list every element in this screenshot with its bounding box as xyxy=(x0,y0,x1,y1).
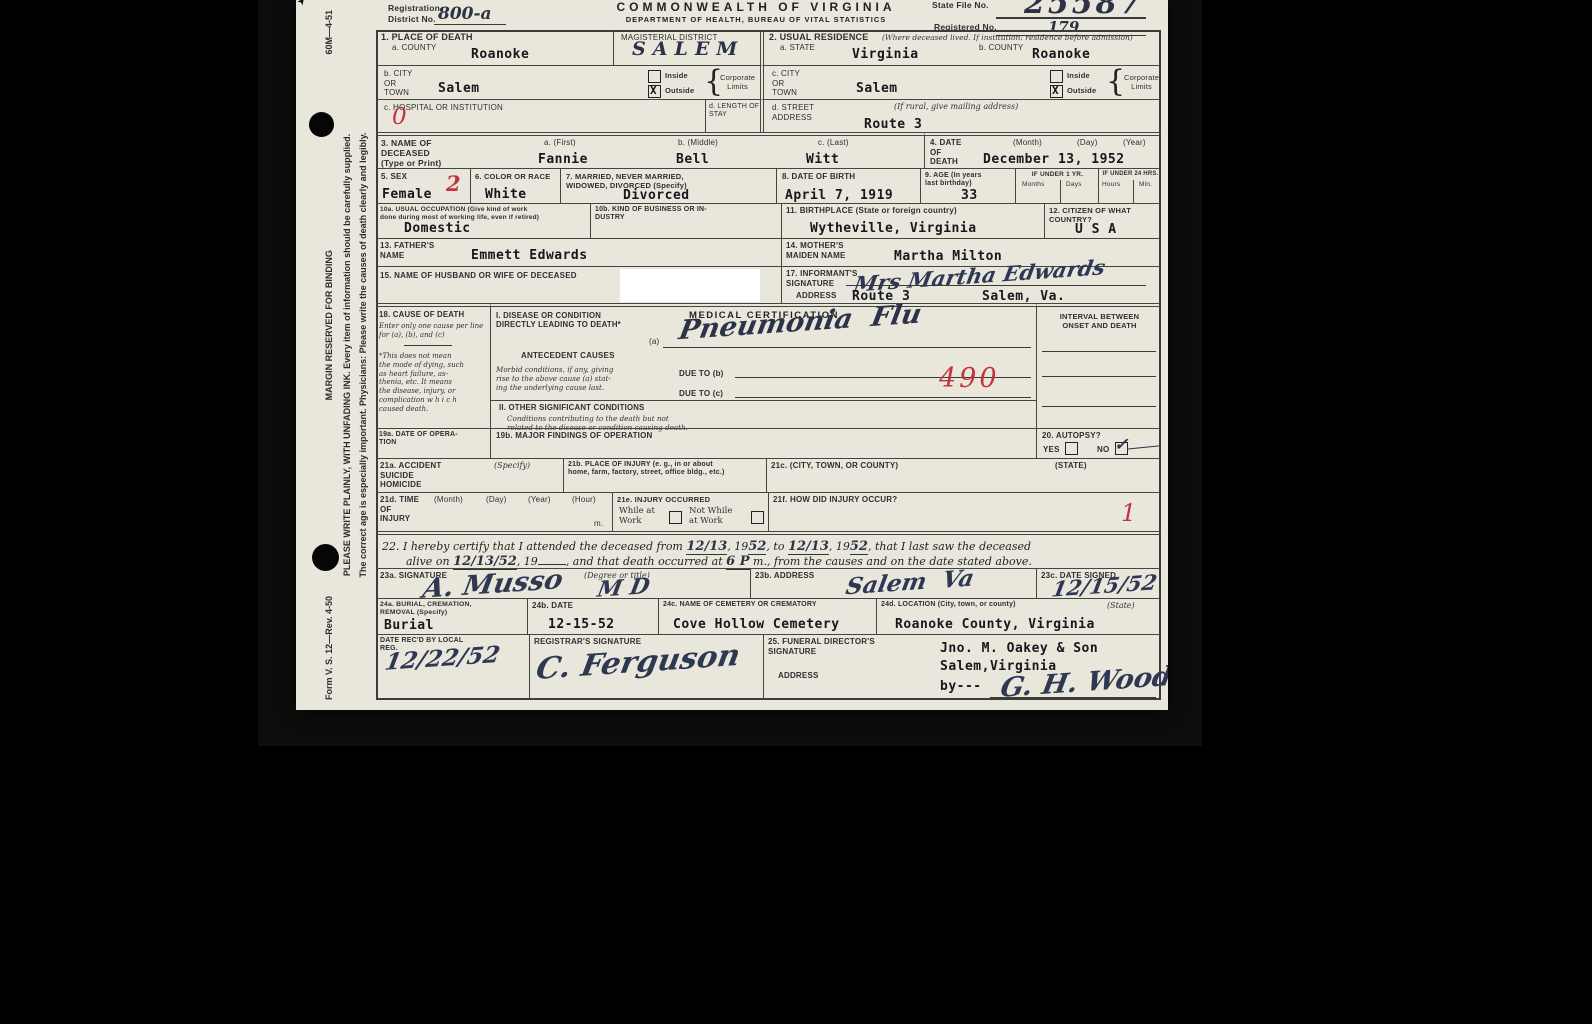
injury-hour-hint: (Hour) xyxy=(572,495,596,505)
field-father-name: 13. FATHER'S NAME Emmett Edwards xyxy=(376,238,781,266)
certify-line-1: 22. I hereby certify that I attended the… xyxy=(382,539,1031,554)
injury-city-label: 21c. (CITY, TOWN, OR COUNTY) xyxy=(771,461,898,471)
due-c-underline xyxy=(735,397,1031,398)
injury-m-suffix: m. xyxy=(594,519,603,529)
mother-label: 14. MOTHER'S MAIDEN NAME xyxy=(786,241,846,260)
injury-state-label: (STATE) xyxy=(1055,461,1087,471)
binding-notice: MARGIN RESERVED FOR BINDING xyxy=(324,250,334,400)
field-name-of-deceased: 3. NAME OF DECEASED (Type or Print) a. (… xyxy=(376,132,924,168)
margin-instruction-line-2: The correct age is especially important.… xyxy=(358,10,368,700)
marital-value: Divorced xyxy=(623,188,690,203)
margin-instruction-line-1: PLEASE WRITE PLAINLY, WITH UNFADING INK.… xyxy=(342,10,352,700)
injury-month-hint: (Month) xyxy=(434,495,463,505)
cause-note-1: Enter only one cause per line for (a), (… xyxy=(379,322,483,340)
usual-residence-label: 2. USUAL RESIDENCE xyxy=(769,32,868,43)
funeral-director-name: Jno. M. Oakey & Son xyxy=(940,641,1098,656)
informant-signature-underline xyxy=(846,285,1146,286)
under-1yr-label: IF UNDER 1 YR. xyxy=(1016,171,1099,179)
months-label: Months xyxy=(1022,181,1045,189)
date-of-death-label: 4. DATE OF DEATH xyxy=(930,138,961,167)
burial-value: Burial xyxy=(384,618,434,633)
field-how-injury-occurred: 21f. HOW DID INJURY OCCUR? 1 xyxy=(768,492,1161,531)
field-color-or-race: 6. COLOR OR RACE White xyxy=(470,168,560,203)
funeral-address-label: ADDRESS xyxy=(778,671,819,681)
injury-day-hint: (Day) xyxy=(486,495,507,505)
field-place-of-death: 1. PLACE OF DEATH a. COUNTY Roanoke xyxy=(376,30,613,65)
street-address-value: Route 3 xyxy=(864,117,922,132)
field-time-of-injury: 21d. TIME OF INJURY (Month) (Day) (Year)… xyxy=(376,492,612,531)
name-of-deceased-label: 3. NAME OF DECEASED (Type or Print) xyxy=(381,138,441,169)
form-code: Form V. S. 12—Rev. 4-50 xyxy=(324,596,334,700)
certify-to-date: 12/13 xyxy=(788,539,829,555)
outside-checkbox-x: X xyxy=(650,84,657,97)
field-burial: 24a. BURIAL, CREMATION, REMOVAL (Specify… xyxy=(376,598,527,634)
interval-line-2 xyxy=(1042,376,1156,377)
place-of-death-label: 1. PLACE OF DEATH xyxy=(381,32,473,43)
field-street-address: d. STREET ADDRESS (If rural, give mailin… xyxy=(760,99,1161,132)
last-name-label: c. (Last) xyxy=(818,138,849,148)
residence-county-value: Roanoke xyxy=(1032,47,1090,62)
commonwealth-title: COMMONWEALTH OF VIRGINIA xyxy=(546,0,966,14)
cause-note-2: *This does not mean the mode of dying, s… xyxy=(379,352,464,413)
certify-text-3: , to xyxy=(766,540,788,553)
field-cause-of-death-sidebar: 18. CAUSE OF DEATH Enter only one cause … xyxy=(376,303,490,428)
burial-location-label: 24d. LOCATION (City, town, or county) xyxy=(881,601,1016,609)
field-funeral-director: 25. FUNERAL DIRECTOR'S SIGNATURE Jno. M.… xyxy=(763,634,1161,700)
field-sex: 5. SEX Female 2 xyxy=(376,168,470,203)
district-no-underline xyxy=(434,24,506,25)
field-if-under-1yr: IF UNDER 1 YR. Months Days xyxy=(1015,168,1098,203)
field-birthplace: 11. BIRTHPLACE (State or foreign country… xyxy=(781,203,1044,238)
length-of-stay-label: d. LENGTH OF STAY xyxy=(709,103,759,120)
line-a-underline xyxy=(663,347,1031,348)
residence-inside-label: Inside xyxy=(1067,71,1090,80)
cause-a-handwriting: Pneumonia Flu xyxy=(676,299,924,347)
months-days-divider xyxy=(1060,180,1061,204)
days-label: Days xyxy=(1066,181,1082,189)
not-while-at-work-label: Not While at Work xyxy=(689,506,732,526)
residence-outside-checkbox-x: X xyxy=(1052,84,1059,97)
business-label: 10b. KIND OF BUSINESS OR IN- DUSTRY xyxy=(595,206,707,223)
field-age: 9. AGE (In years last birthday) 33 xyxy=(920,168,1015,203)
field-date-of-death: 4. DATE OF DEATH (Month) (Day) (Year) De… xyxy=(924,132,1161,168)
city-town-value: Salem xyxy=(438,81,480,96)
field-citizen: 12. CITIZEN OF WHAT COUNTRY? U S A xyxy=(1044,203,1161,238)
street-address-label: d. STREET ADDRESS xyxy=(772,103,814,122)
physician-address-label: 23b. ADDRESS xyxy=(755,571,814,581)
magisterial-district-value: SALEM xyxy=(632,38,744,60)
district-no-label: District No. xyxy=(388,14,436,24)
middle-name-value: Bell xyxy=(676,152,709,167)
street-address-note: (If rural, give mailing address) xyxy=(894,102,1018,112)
sex-value: Female xyxy=(382,187,432,202)
certify-text-9: m., from the causes and on the date stat… xyxy=(750,555,1032,568)
race-label: 6. COLOR OR RACE xyxy=(475,172,550,181)
informant-address-2: Salem, Va. xyxy=(982,289,1065,304)
scanned-screenshot: ➤ Form V. S. 12—Rev. 4-50 MARGIN RESERVE… xyxy=(0,0,1592,1024)
sex-label: 5. SEX xyxy=(381,172,407,182)
autopsy-no-label: NO xyxy=(1097,445,1109,455)
burial-label: 24a. BURIAL, CREMATION, REMOVAL (Specify… xyxy=(380,601,472,617)
inside-checkbox xyxy=(648,70,661,83)
field-kind-of-business: 10b. KIND OF BUSINESS OR IN- DUSTRY xyxy=(590,203,781,238)
certify-text-4: , 19 xyxy=(829,540,850,553)
date-of-death-value: December 13, 1952 xyxy=(983,152,1125,167)
field-usual-residence: 2. USUAL RESIDENCE (Where deceased lived… xyxy=(760,30,1161,65)
not-while-at-work-checkbox xyxy=(751,511,764,524)
field-injury-city: 21c. (CITY, TOWN, OR COUNTY) (STATE) xyxy=(766,458,1161,492)
field-date-received: DATE REC'D BY LOCAL REG. 12/22/52 xyxy=(376,634,529,700)
occupation-label: 10a. USUAL OCCUPATION (Give kind of work… xyxy=(380,206,539,222)
margin-binding-line: Form V. S. 12—Rev. 4-50 MARGIN RESERVED … xyxy=(324,10,334,700)
field-certify-statement: 22. I hereby certify that I attended the… xyxy=(376,531,1161,568)
certify-text-5: , that I last saw the deceased xyxy=(868,540,1031,553)
while-at-work-checkbox xyxy=(669,511,682,524)
cemetery-value: Cove Hollow Cemetery xyxy=(673,617,840,632)
interval-line-1 xyxy=(1042,351,1156,352)
field-medical-certification: MEDICAL CERTIFICATION I. DISEASE OR COND… xyxy=(490,303,1036,428)
inside-label: Inside xyxy=(665,71,688,80)
field-date-signed: 23c. DATE SIGNED 12/15/52 xyxy=(1036,568,1161,598)
major-findings-label: 19b. MAJOR FINDINGS OF OPERATION xyxy=(496,431,653,441)
certify-text-6: alive on xyxy=(406,555,453,568)
disease-condition-label: I. DISEASE OR CONDITION DIRECTLY LEADING… xyxy=(496,311,621,330)
accident-label: 21a. ACCIDENT SUICIDE HOMICIDE xyxy=(380,461,441,490)
print-code: 60M—4-51 xyxy=(324,10,334,55)
interval-line-3 xyxy=(1042,406,1156,407)
field-usual-occupation: 10a. USUAL OCCUPATION (Give kind of work… xyxy=(376,203,590,238)
injury-year-hint: (Year) xyxy=(528,495,551,505)
autopsy-label: 20. AUTOPSY? xyxy=(1042,431,1101,441)
dob-value: April 7, 1919 xyxy=(785,188,893,203)
due-to-c-label: DUE TO (c) xyxy=(679,389,723,399)
field-major-findings: 19b. MAJOR FINDINGS OF OPERATION xyxy=(490,428,1036,458)
date-of-operation-label: 19a. DATE OF OPERA- TION xyxy=(379,431,458,448)
dob-label: 8. DATE OF BIRTH xyxy=(782,172,855,182)
due-to-b-label: DUE TO (b) xyxy=(679,369,724,379)
informant-address-label: ADDRESS xyxy=(796,291,837,301)
cause-of-death-label: 18. CAUSE OF DEATH xyxy=(379,310,464,319)
corporate-limits-label: Corporate Limits xyxy=(720,73,755,91)
burial-date-value: 12-15-52 xyxy=(548,617,615,632)
district-no-value: 800-a xyxy=(438,4,492,24)
residence-corporate-limits-label: Corporate Limits xyxy=(1124,73,1159,91)
first-name-label: a. (First) xyxy=(544,138,576,148)
residence-outside-label: Outside xyxy=(1067,86,1096,95)
birthplace-value: Wytheville, Virginia xyxy=(810,221,977,236)
redaction-box xyxy=(620,269,760,302)
field-date-of-operation: 19a. DATE OF OPERA- TION xyxy=(376,428,490,458)
burial-date-label: 24b. DATE xyxy=(532,601,573,611)
field-autopsy: 20. AUTOPSY? YES NO ✓ xyxy=(1036,428,1161,458)
certify-text-8: , and that death occurred at xyxy=(566,555,726,568)
burial-location-state-hint: (State) xyxy=(1107,601,1135,611)
autopsy-yes-checkbox xyxy=(1065,442,1078,455)
residence-city-label: c. CITY OR TOWN xyxy=(772,69,800,98)
autopsy-yes-label: YES xyxy=(1043,445,1060,455)
state-label: a. STATE xyxy=(780,43,815,53)
race-value: White xyxy=(485,187,527,202)
significant-conditions-divider xyxy=(491,400,1037,401)
age-value: 33 xyxy=(961,188,978,203)
father-label: 13. FATHER'S NAME xyxy=(380,241,434,260)
while-at-work-label: While at Work xyxy=(619,506,655,526)
field-physician-address: 23b. ADDRESS Salem Va xyxy=(750,568,1036,598)
age-label: 9. AGE (In years last birthday) xyxy=(925,172,982,189)
occupation-value: Domestic xyxy=(404,221,471,236)
funeral-by-prefix: by--- xyxy=(940,679,982,694)
field-burial-location: 24d. LOCATION (City, town, or county) (S… xyxy=(876,598,1161,634)
burial-location-value: Roanoke County, Virginia xyxy=(895,617,1095,632)
month-hint: (Month) xyxy=(1013,138,1042,148)
other-significant-label: II. OTHER SIGNIFICANT CONDITIONS xyxy=(499,403,644,412)
field-husband-or-wife: 15. NAME OF HUSBAND OR WIFE OF DECEASED xyxy=(376,266,781,303)
certify-from-year: 52 xyxy=(748,539,766,555)
county-label: a. COUNTY xyxy=(392,43,436,53)
state-file-label: State File No. xyxy=(932,0,989,10)
hours-label: Hours xyxy=(1102,181,1120,189)
antecedent-label: ANTECEDENT CAUSES xyxy=(521,351,615,361)
autopsy-check-tail xyxy=(1127,445,1159,449)
field-informant: 17. INFORMANT'S SIGNATURE Mrs Martha Edw… xyxy=(781,266,1161,303)
hospital-red-zero: 0 xyxy=(392,104,407,130)
field-marital-status: 7. MARRIED, NEVER MARRIED, WIDOWED, DIVO… xyxy=(560,168,776,203)
funeral-signature-underline xyxy=(990,697,1156,698)
father-value: Emmett Edwards xyxy=(471,248,588,263)
field-cemetery: 24c. NAME OF CEMETERY OR CREMATORY Cove … xyxy=(658,598,876,634)
last-name-value: Witt xyxy=(806,152,839,167)
birthplace-label: 11. BIRTHPLACE (State or foreign country… xyxy=(786,206,957,216)
corner-arrow-mark: ➤ xyxy=(296,0,309,8)
sex-red-mark: 2 xyxy=(446,171,461,196)
certify-text-1: 22. I hereby certify that I attended the… xyxy=(382,540,686,553)
line-a-label: (a) xyxy=(649,337,659,347)
autopsy-no-check: ✓ xyxy=(1114,435,1128,455)
cause-code-red: 490 xyxy=(939,363,1000,394)
certify-from-date: 12/13 xyxy=(686,539,727,555)
city-town-label: b. CITY OR TOWN xyxy=(384,69,413,98)
day-hint: (Day) xyxy=(1077,138,1098,148)
county-value: Roanoke xyxy=(471,47,529,62)
min-label: Min. xyxy=(1139,181,1152,189)
certify-to-year: 52 xyxy=(850,539,868,555)
residence-county-label: b. COUNTY xyxy=(979,43,1023,53)
middle-name-label: b. (Middle) xyxy=(678,138,718,148)
place-of-injury-label: 21b. PLACE OF INJURY (e. g., in or about… xyxy=(568,461,725,478)
department-subtitle: DEPARTMENT OF HEALTH, BUREAU OF VITAL ST… xyxy=(546,15,966,24)
field-registrar-signature: REGISTRAR'S SIGNATURE C. Ferguson xyxy=(529,634,763,700)
field-hospital: c. HOSPITAL OR INSTITUTION 0 xyxy=(376,99,705,132)
usual-residence-note: (Where deceased lived. If institution: r… xyxy=(882,33,1133,42)
hours-min-divider xyxy=(1133,180,1134,204)
field-interval-onset-death: INTERVAL BETWEEN ONSET AND DEATH xyxy=(1036,303,1161,428)
injury-red-mark: 1 xyxy=(1121,499,1136,527)
residence-brace-glyph: { xyxy=(1106,64,1125,99)
residence-city-value: Salem xyxy=(856,81,898,96)
field-accident-suicide-homicide: 21a. ACCIDENT SUICIDE HOMICIDE (Specify) xyxy=(376,458,563,492)
registration-label: Registration xyxy=(388,3,440,13)
how-injury-label: 21f. HOW DID INJURY OCCUR? xyxy=(773,495,897,505)
death-certificate-document: ➤ Form V. S. 12—Rev. 4-50 MARGIN RESERVE… xyxy=(296,0,1168,710)
outside-label: Outside xyxy=(665,86,694,95)
field-length-of-stay: d. LENGTH OF STAY xyxy=(705,99,760,132)
time-of-injury-label: 21d. TIME OF INJURY xyxy=(380,495,419,524)
field-place-of-injury: 21b. PLACE OF INJURY (e. g., in or about… xyxy=(563,458,766,492)
certify-text-2: , 19 xyxy=(727,540,748,553)
interval-label: INTERVAL BETWEEN ONSET AND DEATH xyxy=(1037,312,1162,330)
field-burial-date: 24b. DATE 12-15-52 xyxy=(527,598,658,634)
field-city-or-town-residence: c. CITY OR TOWN Salem Inside X Outside {… xyxy=(760,65,1161,99)
field-magisterial-district: MAGISTERIAL DISTRICT SALEM xyxy=(613,30,760,65)
injury-occurred-label: 21e. INJURY OCCURRED xyxy=(617,495,710,504)
funeral-director-label: 25. FUNERAL DIRECTOR'S SIGNATURE xyxy=(768,637,875,656)
first-name-value: Fannie xyxy=(538,152,588,167)
husband-wife-label: 15. NAME OF HUSBAND OR WIFE OF DECEASED xyxy=(380,271,577,281)
morbid-note: Morbid conditions, if any, giving rise t… xyxy=(496,365,614,392)
year-hint: (Year) xyxy=(1123,138,1146,148)
field-city-or-town-death: b. CITY OR TOWN Salem Inside X Outside {… xyxy=(376,65,760,99)
under-24hrs-label: IF UNDER 24 HRS. xyxy=(1099,171,1162,178)
accident-specify-note: (Specify) xyxy=(494,461,530,471)
physician-address-value: Salem Va xyxy=(844,565,977,601)
citizen-value: U S A xyxy=(1075,222,1117,237)
cause-note-divider xyxy=(404,345,452,346)
cemetery-label: 24c. NAME OF CEMETERY OR CREMATORY xyxy=(663,601,817,609)
field-if-under-24hrs: IF UNDER 24 HRS. Hours Min. xyxy=(1098,168,1161,203)
field-injury-occurred: 21e. INJURY OCCURRED While at Work Not W… xyxy=(612,492,768,531)
field-date-of-birth: 8. DATE OF BIRTH April 7, 1919 xyxy=(776,168,920,203)
field-physician-signature: 23a. SIGNATURE A. Musso (Degree or title… xyxy=(376,568,750,598)
state-value: Virginia xyxy=(852,47,919,62)
residence-inside-checkbox xyxy=(1050,70,1063,83)
